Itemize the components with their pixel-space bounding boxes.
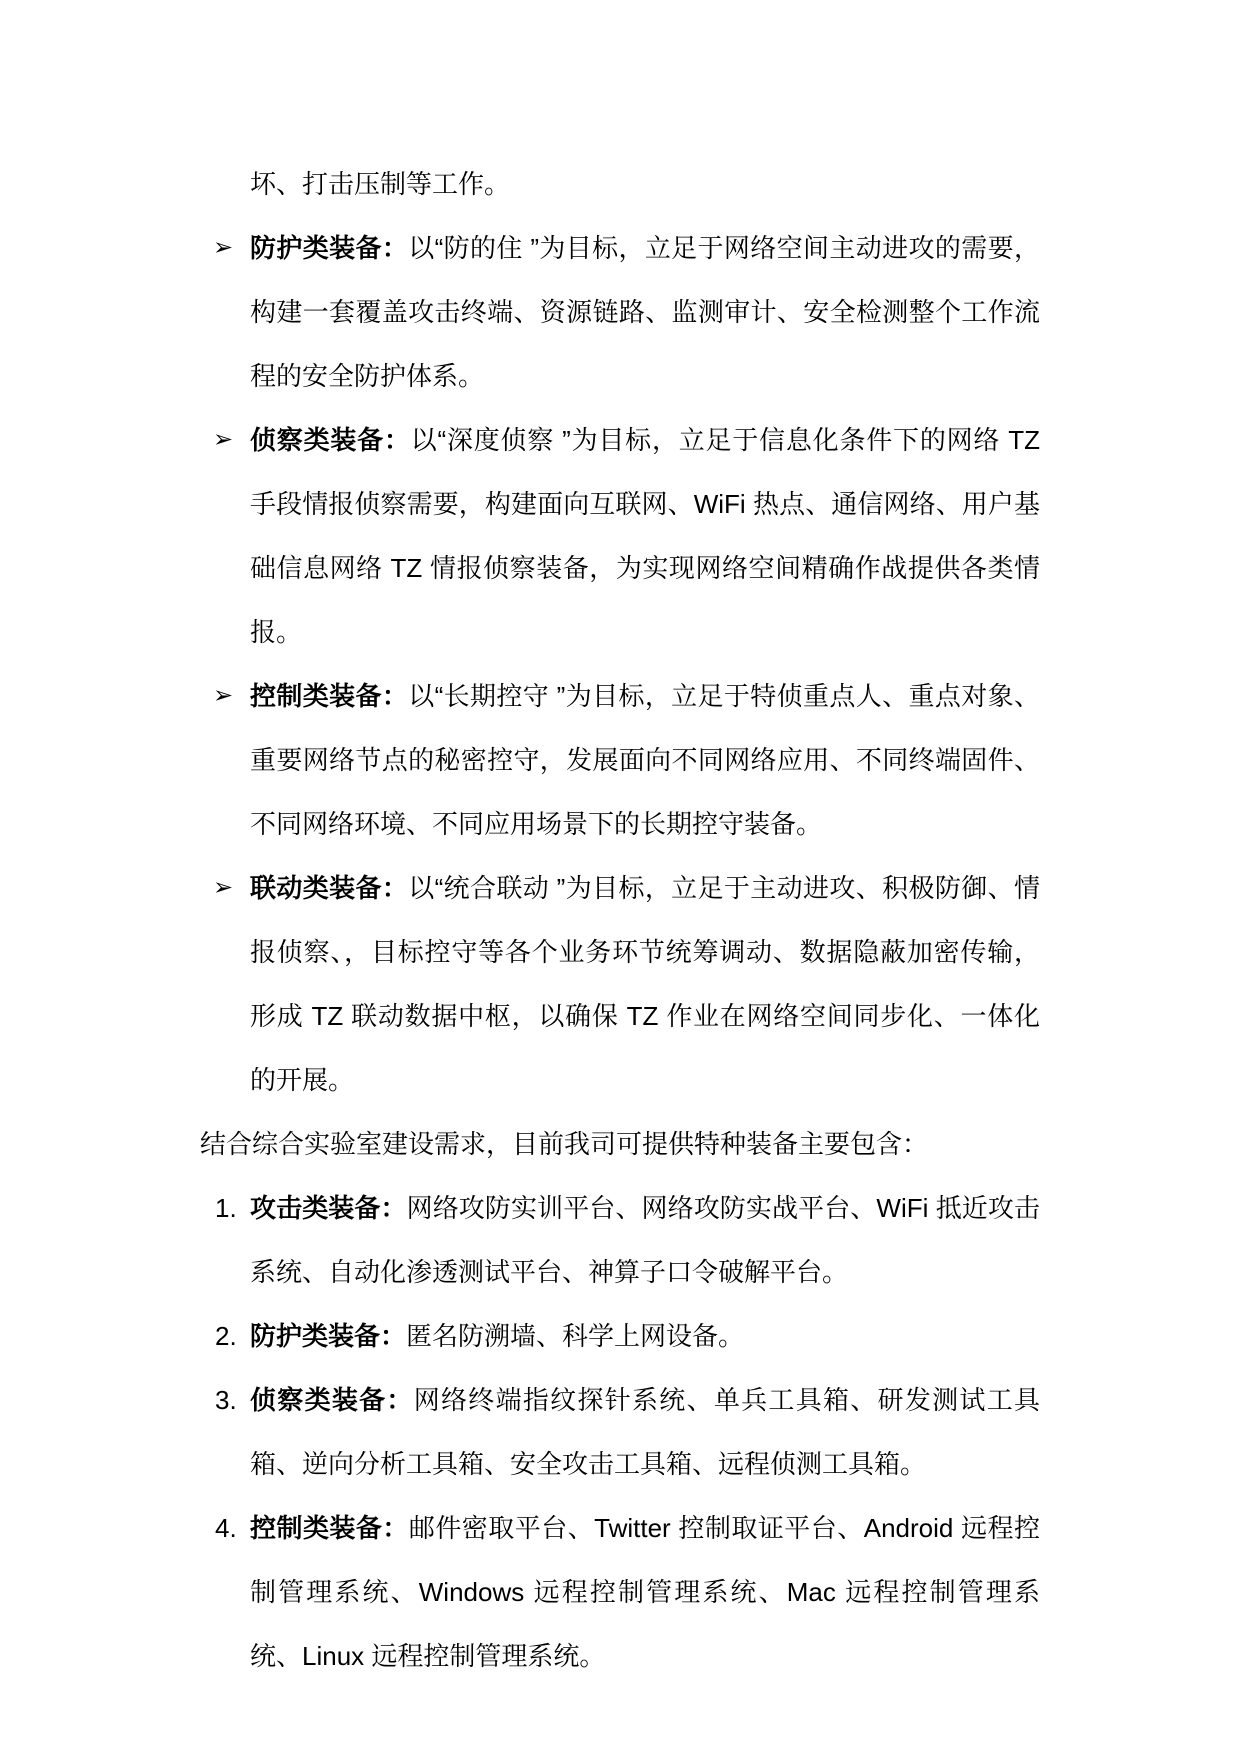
arrow-bullet-icon: ➢ — [213, 408, 233, 472]
numbered-item-attack: 1.攻击类装备：网络攻防实训平台、网络攻防实战平台、WiFi 抵近攻击系统、自动… — [200, 1176, 1040, 1304]
arrow-bullet-icon: ➢ — [213, 664, 233, 728]
list-number: 3. — [215, 1368, 237, 1432]
arrow-bullet-icon: ➢ — [213, 216, 233, 280]
list-number: 1. — [215, 1176, 237, 1240]
bullet-item-reconnaissance: ➢侦察类装备：以“深度侦察 ”为目标，立足于信息化条件下的网络 TZ 手段情报侦… — [200, 408, 1040, 664]
bullet-item-linkage: ➢联动类装备：以“统合联动 ”为目标，立足于主动进攻、积极防御、情报侦察、，目标… — [200, 856, 1040, 1112]
bullet-label: 防护类装备： — [250, 233, 408, 263]
continuation-text: 坏、打击压制等工作。 — [250, 169, 510, 199]
intro-text: 结合综合实验室建设需求，目前我司可提供特种装备主要包含： — [200, 1129, 928, 1159]
list-number: 2. — [215, 1304, 237, 1368]
bullet-label: 控制类装备： — [250, 681, 408, 711]
intro-paragraph: 结合综合实验室建设需求，目前我司可提供特种装备主要包含： — [200, 1112, 1040, 1176]
numbered-item-protection: 2.防护类装备：匿名防溯墙、科学上网设备。 — [200, 1304, 1040, 1368]
numbered-item-reconnaissance: 3.侦察类装备：网络终端指纹探针系统、单兵工具箱、研发测试工具箱、逆向分析工具箱… — [200, 1368, 1040, 1496]
list-item-label: 侦察类装备： — [250, 1385, 414, 1415]
bullet-text: 以“深度侦察 ”为目标，立足于信息化条件下的网络 TZ 手段情报侦察需要，构建面… — [250, 425, 1040, 647]
bullet-label: 侦察类装备： — [250, 425, 411, 455]
list-item-label: 防护类装备： — [250, 1321, 406, 1351]
bullet-text: 以“统合联动 ”为目标，立足于主动进攻、积极防御、情报侦察、，目标控守等各个业务… — [250, 873, 1040, 1095]
bullet-item-control: ➢控制类装备：以“长期控守 ”为目标，立足于特侦重点人、重点对象、重要网络节点的… — [200, 664, 1040, 856]
list-item-text: 匿名防溯墙、科学上网设备。 — [406, 1321, 744, 1351]
document-page: 坏、打击压制等工作。 ➢防护类装备：以“防的住 ”为目标，立足于网络空间主动进攻… — [0, 0, 1240, 1754]
arrow-bullet-icon: ➢ — [213, 856, 233, 920]
list-number: 4. — [215, 1496, 237, 1560]
numbered-item-control: 4.控制类装备：邮件密取平台、Twitter 控制取证平台、Android 远程… — [200, 1496, 1040, 1688]
bullet-item-protection: ➢防护类装备：以“防的住 ”为目标，立足于网络空间主动进攻的需要，构建一套覆盖攻… — [200, 216, 1040, 408]
list-item-label: 攻击类装备： — [250, 1193, 407, 1223]
list-item-label: 控制类装备： — [250, 1513, 409, 1543]
paragraph-continuation: 坏、打击压制等工作。 — [200, 152, 1040, 216]
bullet-label: 联动类装备： — [250, 873, 408, 903]
